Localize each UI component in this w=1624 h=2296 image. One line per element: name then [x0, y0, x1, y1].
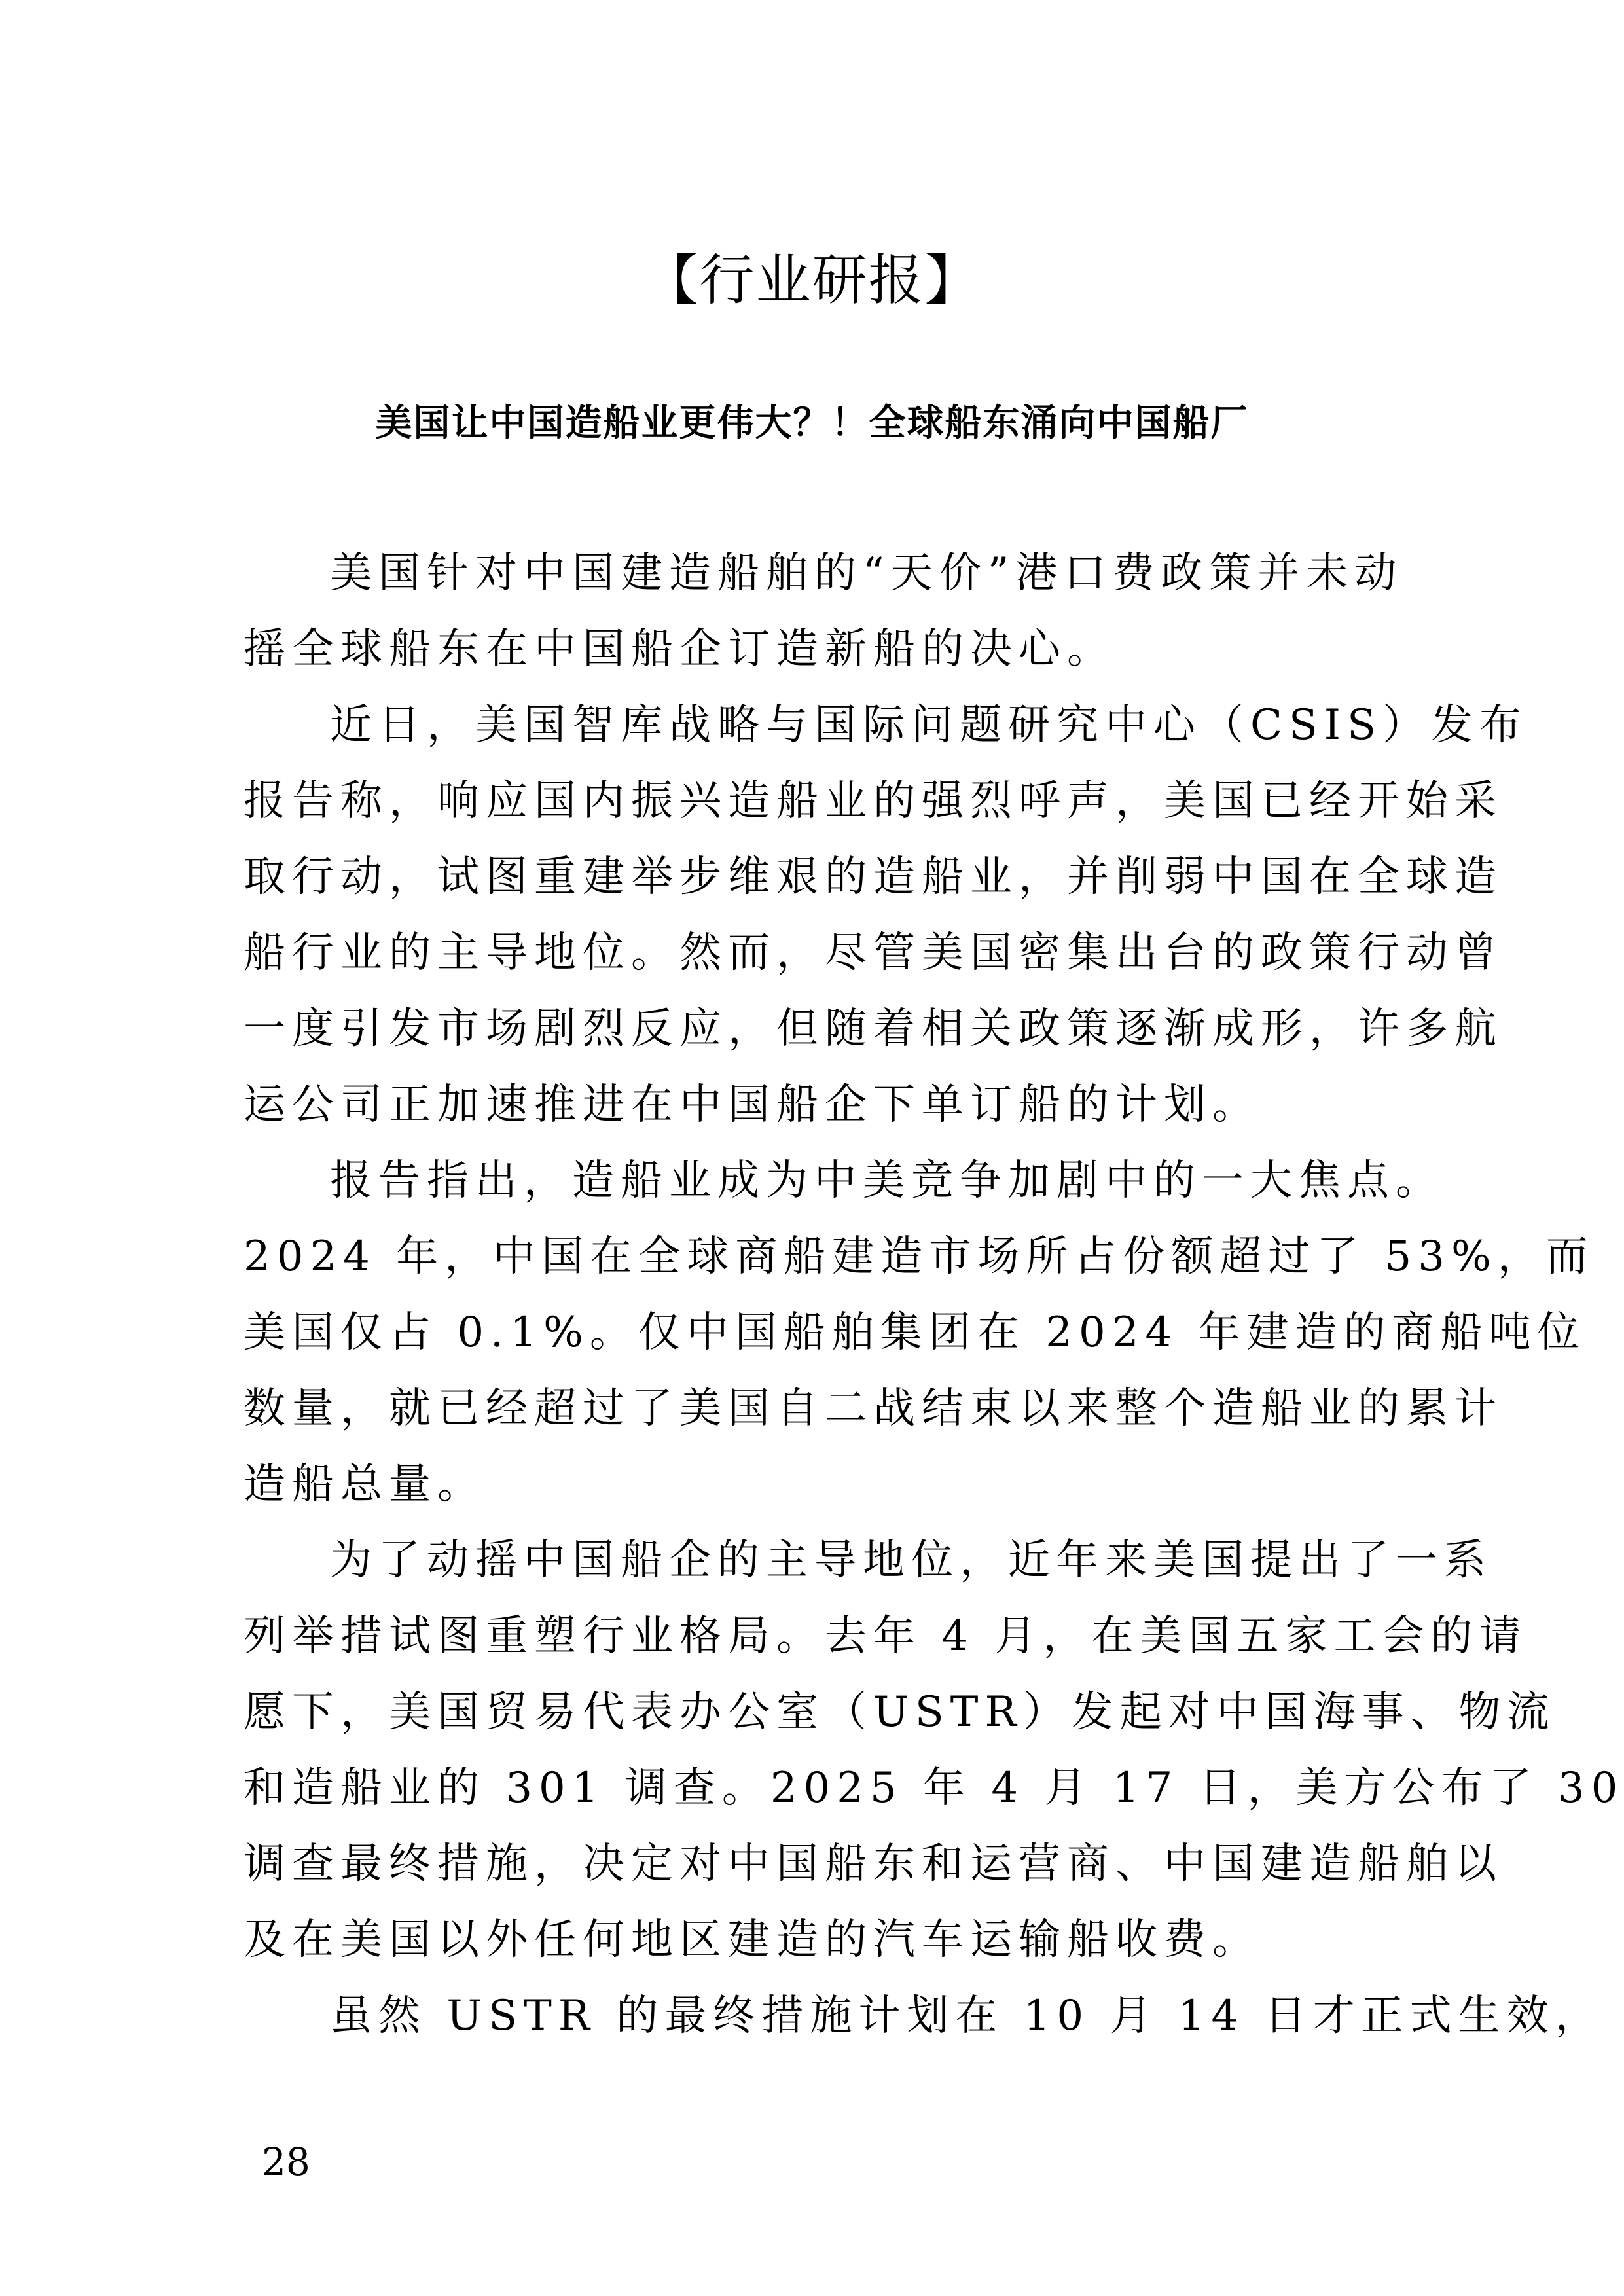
- paragraph-4-line-6: 及在美国以外任何地区建造的汽车运输船收费。: [244, 1902, 1396, 1978]
- article-title: 美国让中国造船业更伟大？！全球船东涌向中国船厂: [0, 401, 1624, 446]
- paragraph-3-line-4: 数量，就已经超过了美国自二战结束以来整个造船业的累计: [244, 1371, 1396, 1446]
- paragraph-3-line-5: 造船总量。: [244, 1446, 1396, 1522]
- paragraph-3-line-1: 报告指出，造船业成为中美竞争加剧中的一大焦点。: [244, 1143, 1396, 1219]
- paragraph-2-line-4: 船行业的主导地位。然而，尽管美国密集出台的政策行动曾: [244, 915, 1396, 991]
- paragraph-2-line-6: 运公司正加速推进在中国船企下单订船的计划。: [244, 1067, 1396, 1143]
- paragraph-2-line-5: 一度引发市场剧烈反应，但随着相关政策逐渐成形，许多航: [244, 991, 1396, 1067]
- paragraph-2-line-2: 报告称，响应国内振兴造船业的强烈呼声，美国已经开始采: [244, 763, 1396, 839]
- paragraph-1-line-1: 美国针对中国建造船舶的“天价”港口费政策并未动: [244, 535, 1396, 611]
- section-title: 【行业研报】: [0, 247, 1624, 313]
- page-number: 28: [262, 2139, 310, 2185]
- paragraph-3-line-3: 美国仅占 0.1%。仅中国船舶集团在 2024 年建造的商船吨位: [244, 1295, 1396, 1371]
- paragraph-2-line-1: 近日，美国智库战略与国际问题研究中心（CSIS）发布: [244, 687, 1396, 763]
- document-page: 【行业研报】 美国让中国造船业更伟大？！全球船东涌向中国船厂 美国针对中国建造船…: [0, 0, 1624, 2296]
- paragraph-2-line-3: 取行动，试图重建举步维艰的造船业，并削弱中国在全球造: [244, 839, 1396, 915]
- paragraph-4-line-2: 列举措试图重塑行业格局。去年 4 月，在美国五家工会的请: [244, 1598, 1396, 1674]
- paragraph-1-line-2: 摇全球船东在中国船企订造新船的决心。: [244, 611, 1396, 687]
- paragraph-4-line-4: 和造船业的 301 调查。2025 年 4 月 17 日，美方公布了 301: [244, 1750, 1396, 1826]
- paragraph-4-line-5: 调查最终措施，决定对中国船东和运营商、中国建造船舶以: [244, 1826, 1396, 1902]
- paragraph-3-line-2: 2024 年，中国在全球商船建造市场所占份额超过了 53%，而: [244, 1219, 1396, 1295]
- paragraph-4-line-1: 为了动摇中国船企的主导地位，近年来美国提出了一系: [244, 1522, 1396, 1598]
- paragraph-4-line-3: 愿下，美国贸易代表办公室（USTR）发起对中国海事、物流: [244, 1674, 1396, 1750]
- paragraph-5-line-1: 虽然 USTR 的最终措施计划在 10 月 14 日才正式生效，: [244, 1978, 1396, 2054]
- article-body: 美国针对中国建造船舶的“天价”港口费政策并未动 摇全球船东在中国船企订造新船的决…: [244, 535, 1396, 2054]
